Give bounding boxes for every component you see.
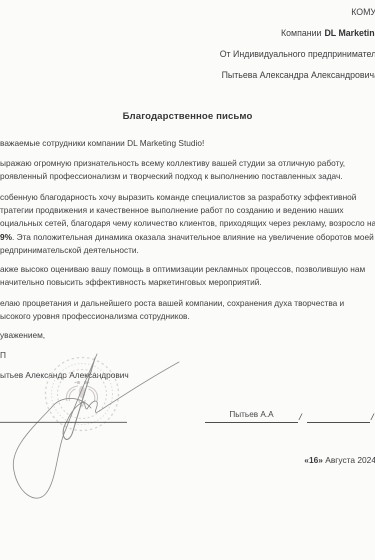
company-prefix: Компании xyxy=(281,28,321,38)
text-line: роявленный профессионализм и творческий … xyxy=(0,170,375,183)
recipient-company-line: КомпанииDL Marketing xyxy=(281,28,375,38)
closing-regards: уважением, xyxy=(0,330,45,340)
closing-ip-label: П xyxy=(0,350,6,360)
text-line: ысокого уровня профессионализма сотрудни… xyxy=(0,310,375,323)
round-seal-stamp-icon xyxy=(46,358,119,431)
text-line: начительно повысить эффективность маркет… xyxy=(0,276,375,289)
text-line: собенную благодарность хочу выразить ком… xyxy=(0,191,375,204)
text-line: оциальных сетей, благодаря чему количест… xyxy=(0,217,375,230)
recipient-to-label: КОМУ xyxy=(351,7,375,17)
letter-title: Благодарственное письмо xyxy=(0,111,375,122)
percent-value: 9% xyxy=(0,232,12,242)
slash-separator: / xyxy=(299,412,302,423)
text-line: тратегии продвижения и качественное выпо… xyxy=(0,204,375,217)
paragraph-gratitude: ыражаю огромную признательность всему ко… xyxy=(0,157,375,184)
text-after-percent: . Эта положительная динамика оказала зна… xyxy=(12,232,374,242)
double-headed-eagle-icon xyxy=(66,381,97,407)
date-line: «16» Августа 2024 xyxy=(304,455,375,465)
recipient-from-name: Пытьева Александра Александровича xyxy=(222,70,375,80)
closing-signatory-name: ытьев Александр Александрович xyxy=(0,370,129,380)
thank-you-letter-document: КОМУ КомпанииDL Marketing От Индивидуаль… xyxy=(0,0,375,560)
text-line: редпринимательской деятельности. xyxy=(0,244,375,257)
greeting-line: важаемые сотрудники компании DL Marketin… xyxy=(0,137,375,150)
company-name: DL Marketing xyxy=(324,28,375,38)
text-line: акже высоко оцениваю вашу помощь в оптим… xyxy=(0,263,375,276)
paragraph-marketing: акже высоко оцениваю вашу помощь в оптим… xyxy=(0,263,375,290)
date-month-year: Августа 2024 xyxy=(323,455,375,465)
date-day: «16» xyxy=(304,455,323,465)
signature-rule-name xyxy=(205,422,298,423)
text-line: ыражаю огромную признательность всему ко… xyxy=(0,157,375,170)
paragraph-wishes: елаю процветания и дальнейшего роста ваш… xyxy=(0,297,375,324)
recipient-from-line: От Индивидуального предпринимателя xyxy=(220,49,375,59)
signature-rule-blank xyxy=(307,422,370,423)
slash-separator-2: / xyxy=(371,412,374,423)
text-line: 9%. Эта положительная динамика оказала з… xyxy=(0,231,375,244)
paragraph-results: собенную благодарность хочу выразить ком… xyxy=(0,191,375,258)
text-line: елаю процветания и дальнейшего роста ваш… xyxy=(0,297,375,310)
signatory-printed-name: Пытьев А.А xyxy=(205,410,298,419)
